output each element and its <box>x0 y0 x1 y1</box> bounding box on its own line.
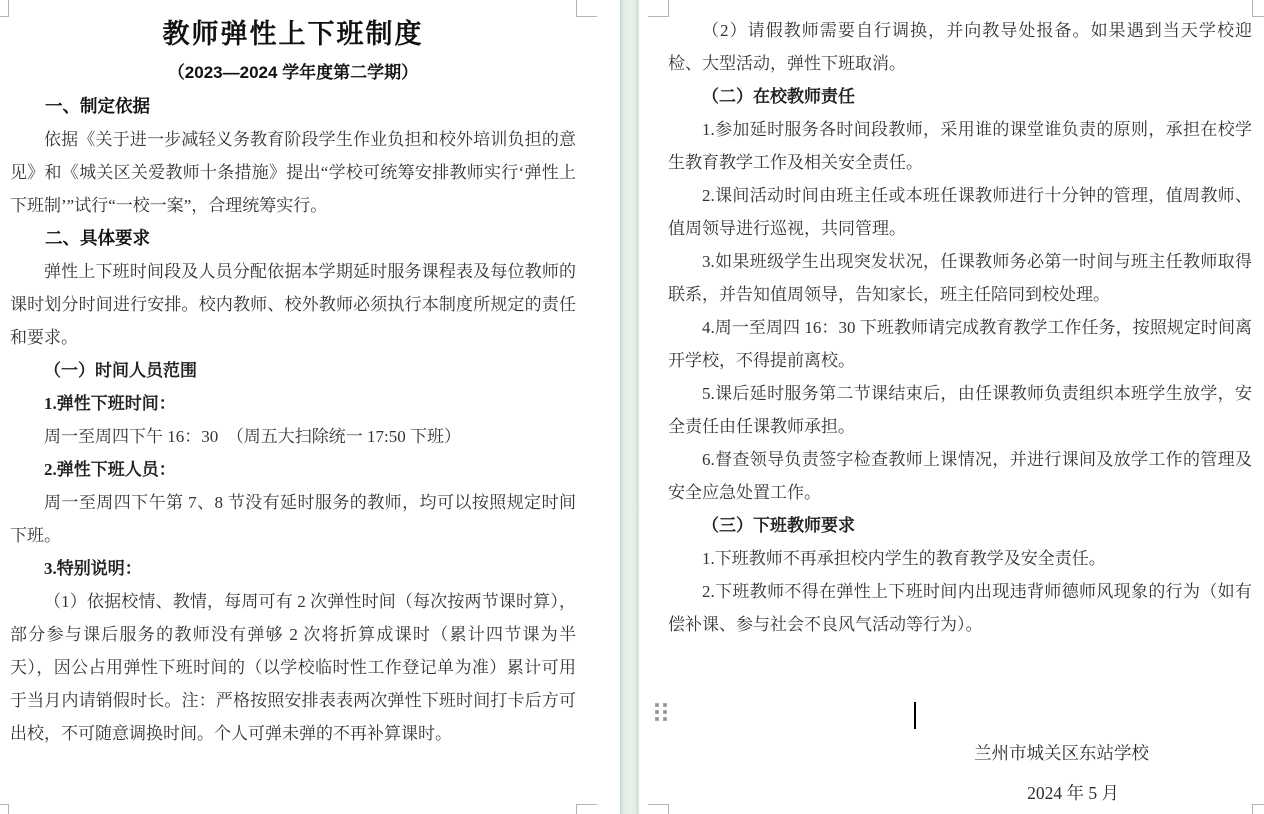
margin-corner-mark <box>648 804 669 814</box>
paragraph-requirements[interactable]: 弹性上下班时间段及人员分配依据本学期延时服务课程表及每位教师的课时划分时间进行安… <box>10 255 576 354</box>
margin-corner-mark <box>576 0 597 17</box>
text-cursor-caret <box>914 702 916 729</box>
drag-handle-icon[interactable] <box>655 703 668 723</box>
paragraph-duty-6[interactable]: 6.督查领导负责签字检查教师上课情况，并进行课间及放学工作的管理及安全应急处置工… <box>668 443 1252 509</box>
document-title[interactable]: 教师弹性上下班制度 <box>10 12 576 56</box>
document-subtitle[interactable]: （2023—2024 学年度第二学期） <box>10 56 576 90</box>
signature-date[interactable]: 2024 年 5 月 <box>1027 780 1119 806</box>
paragraph-notes[interactable]: （1）依据校情、教情，每周可有 2 次弹性时间（每次按两节课时算），部分参与课后… <box>10 585 576 750</box>
paragraph-time[interactable]: 周一至周四下午 16：30 （周五大扫除统一 17:50 下班） <box>10 420 576 453</box>
paragraph-duty-3[interactable]: 3.如果班级学生出现突发状况，任课教师务必第一时间与班主任教师取得联系，并告知值… <box>668 245 1252 311</box>
signature-school[interactable]: 兰州市城关区东站学校 <box>974 740 1149 766</box>
paragraph-basis[interactable]: 依据《关于进一步减轻义务教育阶段学生作业负担和校外培训负担的意见》和《城关区关爱… <box>10 123 576 222</box>
margin-corner-mark <box>0 804 9 814</box>
section-heading-requirements[interactable]: 二、具体要求 <box>10 222 576 255</box>
paragraph-offduty-2[interactable]: 2.下班教师不得在弹性上下班时间内出现违背师德师风现象的行为（如有偿补课、参与社… <box>668 575 1252 641</box>
paragraph-duty-5[interactable]: 5.课后延时服务第二节课结束后，由任课教师负责组织本班学生放学，安全责任由任课教… <box>668 377 1252 443</box>
section-heading-basis[interactable]: 一、制定依据 <box>10 90 576 123</box>
paragraph-duty-2[interactable]: 2.课间活动时间由班主任或本班任课教师进行十分钟的管理，值周教师、值周领导进行巡… <box>668 179 1252 245</box>
sub-heading-scope[interactable]: （一）时间人员范围 <box>10 354 576 387</box>
paragraph-swap[interactable]: （2）请假教师需要自行调换，并向教导处报备。如果遇到当天学校迎检、大型活动，弹性… <box>668 14 1252 80</box>
sub-heading-notes[interactable]: 3.特别说明： <box>10 552 576 585</box>
sub-heading-staff[interactable]: 2.弹性下班人员： <box>10 453 576 486</box>
page-2[interactable]: （2）请假教师需要自行调换，并向教导处报备。如果遇到当天学校迎检、大型活动，弹性… <box>639 0 1264 814</box>
page-gap-divider <box>620 0 639 814</box>
sub-heading-time[interactable]: 1.弹性下班时间： <box>10 387 576 420</box>
paragraph-duty-1[interactable]: 1.参加延时服务各时间段教师，采用谁的课堂谁负责的原则，承担在校学生教育教学工作… <box>668 113 1252 179</box>
margin-corner-mark <box>576 804 597 814</box>
page-2-text-area[interactable]: （2）请假教师需要自行调换，并向教导处报备。如果遇到当天学校迎检、大型活动，弹性… <box>668 14 1252 641</box>
sub-heading-offduty[interactable]: （三）下班教师要求 <box>668 509 1252 542</box>
paragraph-duty-4[interactable]: 4.周一至周四 16：30 下班教师请完成教育教学工作任务，按照规定时间离开学校… <box>668 311 1252 377</box>
sub-heading-duty[interactable]: （二）在校教师责任 <box>668 80 1252 113</box>
margin-corner-mark <box>1252 0 1264 17</box>
document-canvas: { "colors": { "page_background": "#fffff… <box>0 0 1264 814</box>
page-1-text-area[interactable]: 教师弹性上下班制度 （2023—2024 学年度第二学期） 一、制定依据 依据《… <box>10 12 576 750</box>
margin-corner-mark <box>0 0 9 17</box>
margin-corner-mark <box>1252 804 1264 814</box>
paragraph-staff[interactable]: 周一至周四下午第 7、8 节没有延时服务的教师，均可以按照规定时间下班。 <box>10 486 576 552</box>
paragraph-offduty-1[interactable]: 1.下班教师不再承担校内学生的教育教学及安全责任。 <box>668 542 1252 575</box>
margin-corner-mark <box>648 0 669 17</box>
page-1[interactable]: 教师弹性上下班制度 （2023—2024 学年度第二学期） 一、制定依据 依据《… <box>0 0 620 814</box>
